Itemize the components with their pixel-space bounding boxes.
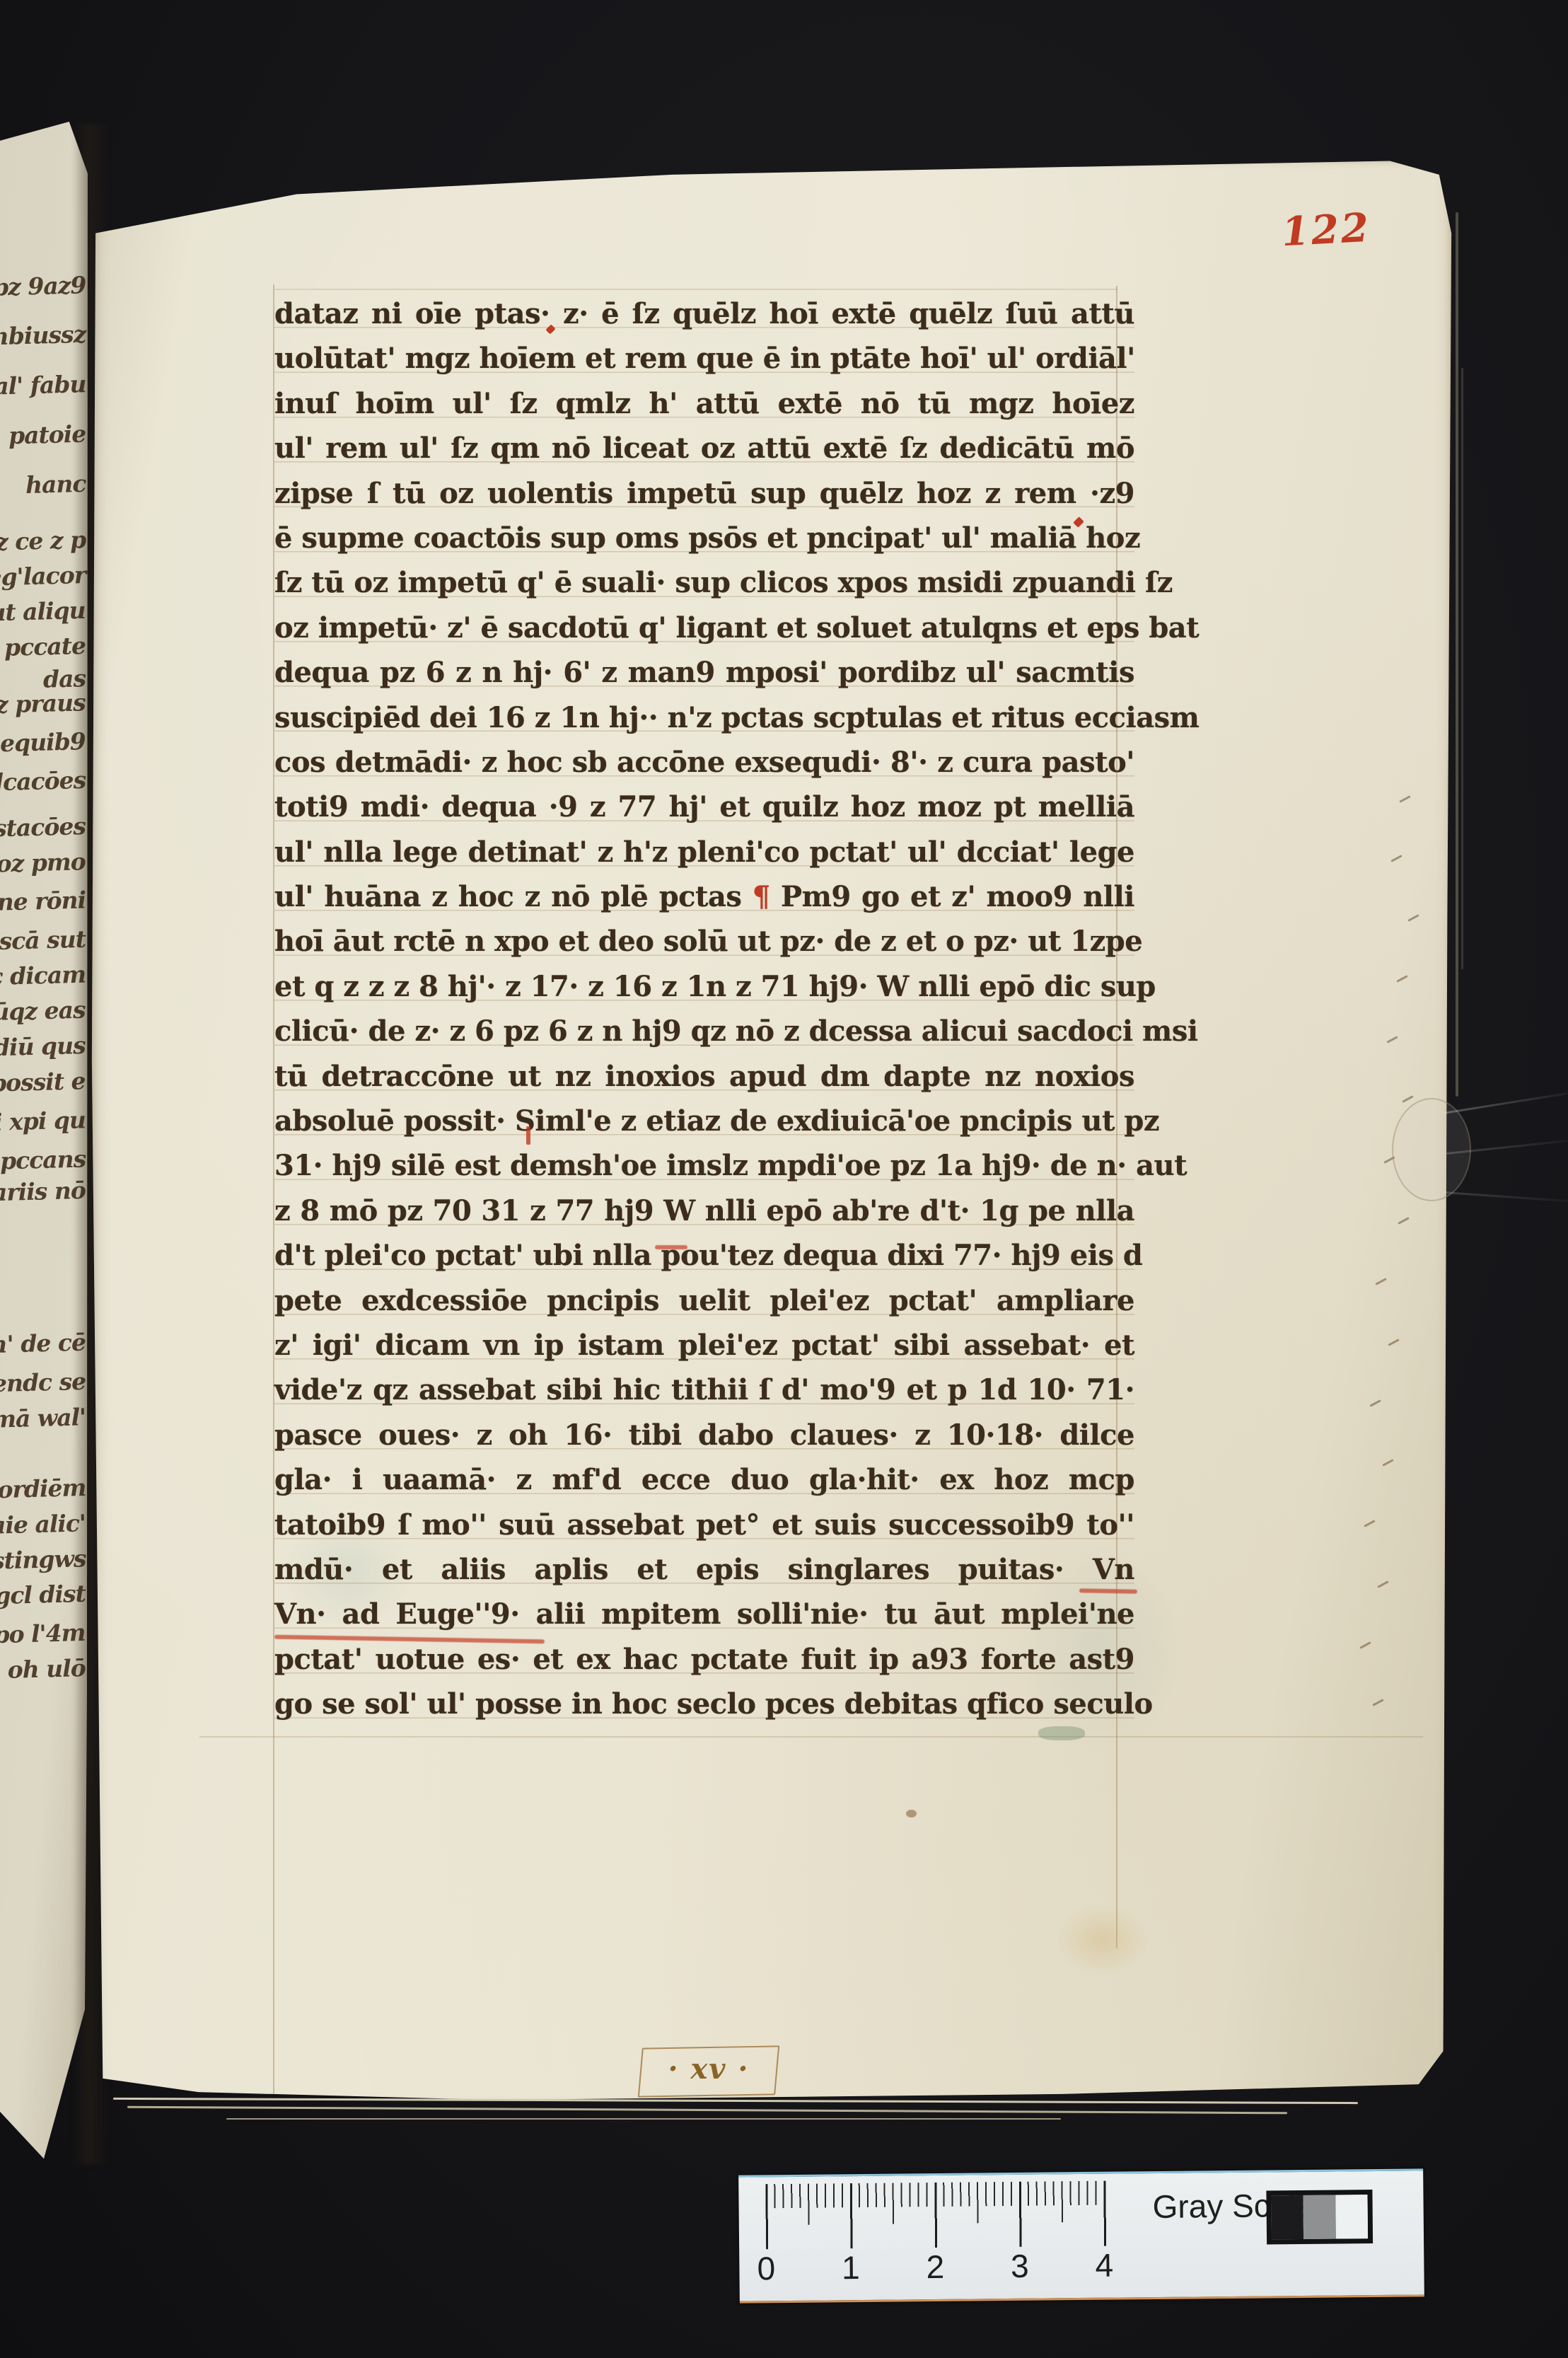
manuscript-line: pasce oues· z oh 16· tibi dabo claues· z… <box>274 1413 1134 1457</box>
manuscript-line: ē supme coactōis sup oms psōs et pncipat… <box>274 516 1134 560</box>
ruler-numbers: 01234 <box>765 2173 1163 2301</box>
gray-scale-patch <box>1271 2195 1303 2239</box>
manuscript-text-block: dataz ni oīe ptas· z· ē ſz quēlz hoī ext… <box>274 291 1134 1727</box>
manuscript-line: pete exdcessiōe pncipis uelit plei'ez pc… <box>274 1278 1134 1323</box>
ruler-number: 4 <box>1088 2246 1120 2284</box>
gray-scale-patch <box>1303 2195 1336 2239</box>
quire-signature-label: · xv · <box>640 2052 777 2086</box>
fore-edge-leaf-line <box>1461 368 1463 969</box>
fore-edge-leaf-line <box>1456 212 1458 1097</box>
manuscript-line: dequa pz 6 z n hj· 6' z man9 mposi' pord… <box>274 650 1134 695</box>
plastic-strap-streak <box>1444 1092 1567 1114</box>
manuscript-line: et q z z z 8 hj'· z 17· z 16 z 1n z 71 h… <box>274 964 1134 1009</box>
gray-scale-patch <box>1335 2195 1368 2238</box>
manuscript-line: tatoib9 ſ mo'' suū assebat pet° et suis … <box>274 1503 1134 1547</box>
manuscript-line: uolūtat' mgz hoīem et rem que ē in ptāte… <box>274 336 1134 381</box>
rubric-dash <box>655 1245 687 1249</box>
manuscript-line: z 8 mō pz 70 31 z 77 hj9 W nlli epō ab'r… <box>274 1189 1134 1233</box>
manuscript-line: absoluē possit· Siml'e z etiaz de exdiui… <box>274 1099 1134 1143</box>
folio-number: 122 <box>1280 204 1371 255</box>
manuscript-line: cos detmādi· z hoc sb accōne exsequdi· 8… <box>274 740 1134 785</box>
leaf-edge <box>113 2098 1358 2104</box>
manuscript-line: suscipiēd dei 16 z 1n hj·· n'z pctas scp… <box>274 695 1134 740</box>
manuscript-line: hoī āut rctē n xpo et deo solū ut pz· de… <box>274 919 1134 964</box>
rubric-stroke <box>526 1126 530 1145</box>
manuscript-line: ul' nlla lege detinat' z h'z pleni'co pc… <box>274 830 1134 874</box>
rubric-pilcrow: ¶ <box>753 880 770 913</box>
manuscript-line: inuſ hoīm ul' ſz qmlz h' attū extē nō tū… <box>274 381 1134 426</box>
manuscript-line: oz impetū· z' ē sacdotū q' ligant et sol… <box>274 606 1134 650</box>
manuscript-line: vide'z qz assebat sibi hic tithii ſ d' m… <box>274 1368 1134 1412</box>
manuscript-line: dataz ni oīe ptas· z· ē ſz quēlz hoī ext… <box>274 291 1134 336</box>
manuscript-line: tū detraccōne ut nz inoxios apud dm dapt… <box>274 1054 1134 1099</box>
manuscript-line: clicū· de z· z 6 pz 6 z n hj9 qz nō z dc… <box>274 1009 1134 1053</box>
brown-speck <box>906 1810 917 1817</box>
yellow-stain <box>1057 1905 1149 1975</box>
ruler-number: 3 <box>1004 2247 1036 2285</box>
leaf-edge <box>127 2106 1287 2115</box>
manuscript-line: 31· hj9 silē est demsh'oe imslz mpdi'oe … <box>274 1143 1134 1188</box>
manuscript-line: zipse ſ tū oz uolentis impetū sup quēlz … <box>274 471 1134 516</box>
manuscript-line: pctat' uotue es· et ex hac pctate fuit i… <box>274 1637 1134 1682</box>
manuscript-photo-scene: pz 9az9zphbiussztal' fabupatoiehancz ce … <box>0 0 1568 2358</box>
ruling-top-line <box>274 289 1117 290</box>
ruler-number: 0 <box>750 2249 782 2287</box>
manuscript-line: Vn· ad Euge''9· alii mpitem solli'nie· t… <box>274 1592 1134 1636</box>
manuscript-line: ul' rem ul' ſz qm nō liceat oz attū extē… <box>274 426 1134 470</box>
manuscript-line: z' igi' dicam vn ip istam plei'ez pctat'… <box>274 1323 1134 1368</box>
gray-scale-ruler: 01234 Gray Scale <box>738 2168 1424 2303</box>
manuscript-line: d't plei'co pctat' ubi nlla pou'tez dequ… <box>274 1233 1134 1278</box>
leaf-edge <box>226 2118 1061 2120</box>
green-smudge <box>1038 1726 1085 1740</box>
manuscript-line: mdū· et aliis aplis et epis singlares pu… <box>274 1547 1134 1592</box>
ruling-bottom-line <box>199 1736 1423 1738</box>
manuscript-line: ſz tū oz impetū q' ē suali· sup clicos x… <box>274 560 1134 605</box>
gray-scale-patches <box>1266 2190 1373 2244</box>
manuscript-line: ul' huāna z hoc z nō plē pctas ¶ Pm9 go … <box>274 874 1134 919</box>
manuscript-line: gla· i uaamā· z mf'd ecce duo gla·hit· e… <box>274 1457 1134 1502</box>
quire-signature: · xv · <box>640 2047 777 2096</box>
ruler-number: 2 <box>919 2248 951 2286</box>
ruler-number: 1 <box>835 2248 867 2287</box>
plastic-strap-streak <box>1443 1191 1568 1202</box>
manuscript-line: toti9 mdi· dequa ·9 z 77 hj' et quilz ho… <box>274 785 1134 829</box>
manuscript-line: go se sol' ul' posse in hoc seclo pces d… <box>274 1682 1134 1726</box>
plastic-strap-disc <box>1392 1098 1471 1201</box>
manuscript-page: dataz ni oīe ptas· z· ē ſz quēlz hoī ext… <box>89 157 1454 2110</box>
